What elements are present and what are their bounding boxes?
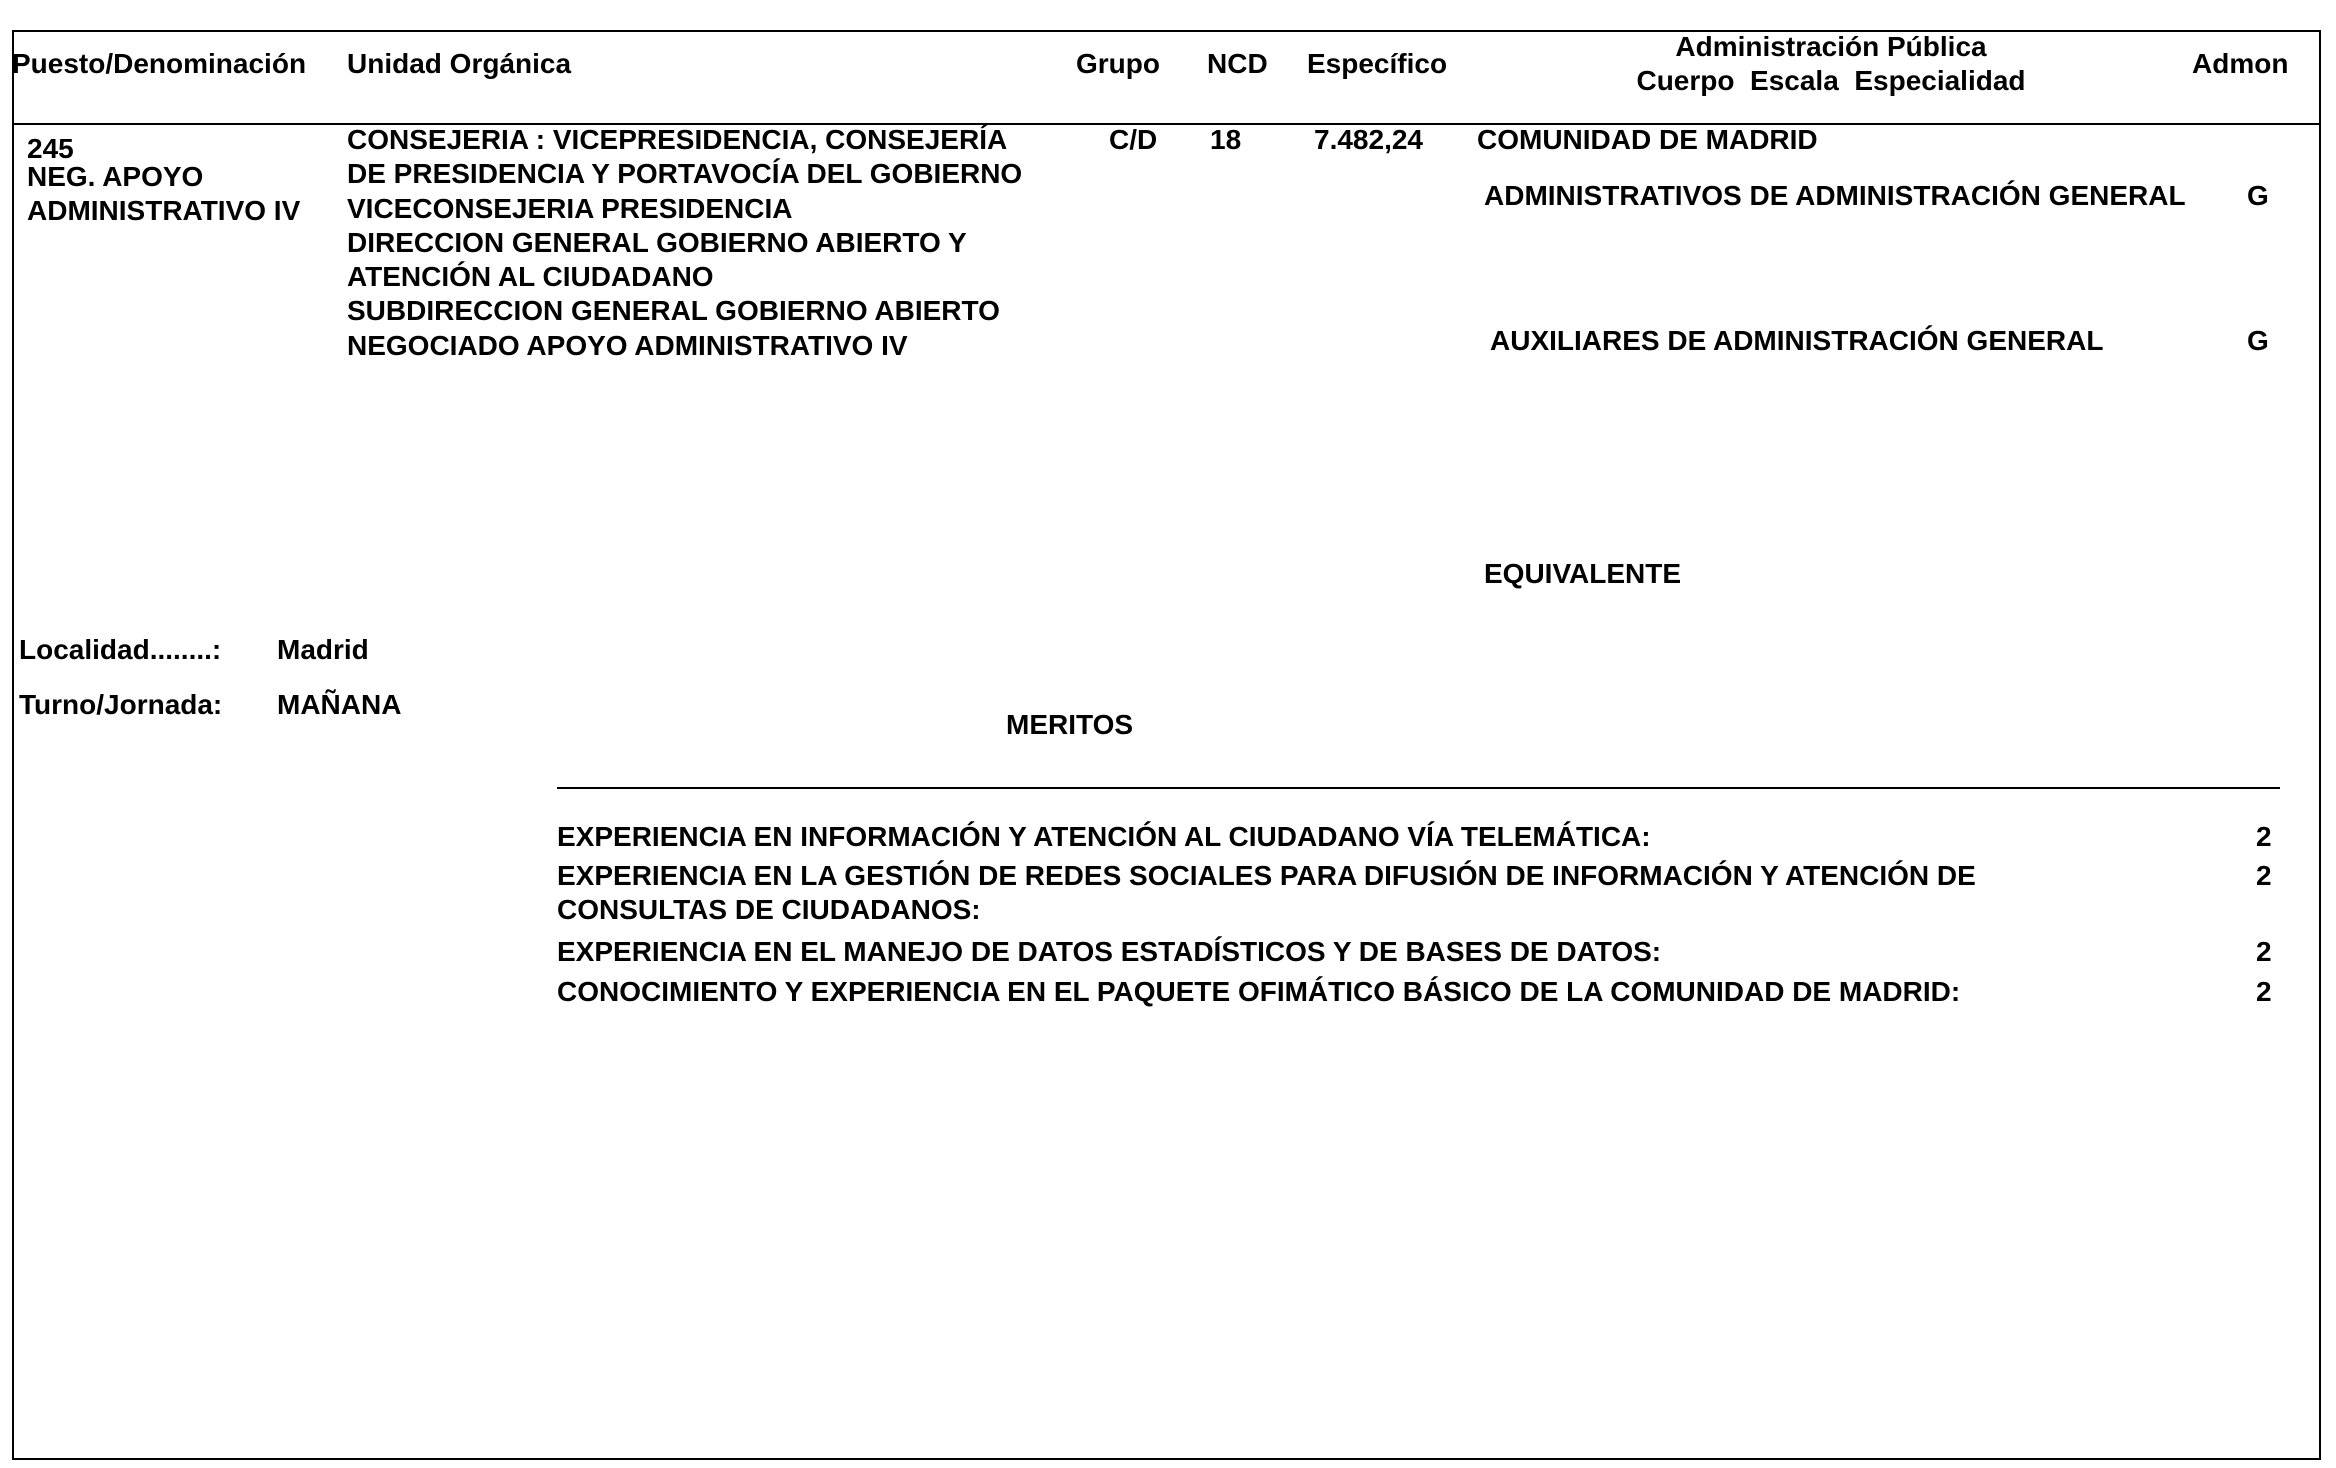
unidad-line: VICECONSEJERIA PRESIDENCIA [347, 192, 1022, 226]
puesto-denominacion-2: ADMINISTRATIVO IV [27, 194, 300, 228]
header-puesto: Puesto/Denominación [12, 47, 306, 81]
unidad-line: DE PRESIDENCIA Y PORTAVOCÍA DEL GOBIERNO [347, 157, 1022, 191]
merito-1-points: 2 [2256, 820, 2272, 854]
unidad-organica: CONSEJERIA : VICEPRESIDENCIA, CONSEJERÍA… [347, 123, 1022, 363]
meritos-divider [557, 787, 2280, 789]
merito-3-points: 2 [2256, 935, 2272, 969]
especifico-value: 7.482,24 [1314, 123, 1423, 157]
merito-1: EXPERIENCIA EN INFORMACIÓN Y ATENCIÓN AL… [557, 820, 1651, 854]
cuerpo-2-name: AUXILIARES DE ADMINISTRACIÓN GENERAL [1490, 324, 2103, 358]
cuerpo-2-admon: G [2247, 324, 2269, 358]
header-admin-publica: Administración Pública [1675, 30, 1986, 64]
equivalente-label: EQUIVALENTE [1484, 557, 1681, 591]
grupo-value: C/D [1109, 123, 1157, 157]
puesto-denominacion-1: NEG. APOYO [27, 160, 203, 194]
merito-3: EXPERIENCIA EN EL MANEJO DE DATOS ESTADÍ… [557, 935, 1661, 969]
merito-2-points: 2 [2256, 859, 2272, 893]
unidad-line: DIRECCION GENERAL GOBIERNO ABIERTO Y [347, 226, 1022, 260]
administracion-value: COMUNIDAD DE MADRID [1477, 123, 1818, 157]
unidad-line: SUBDIRECCION GENERAL GOBIERNO ABIERTO [347, 294, 1022, 328]
unidad-line: CONSEJERIA : VICEPRESIDENCIA, CONSEJERÍA [347, 123, 1022, 157]
header-grupo: Grupo [1076, 47, 1160, 81]
header-cuerpo-escala: Cuerpo Escala Especialidad [1636, 64, 2025, 98]
localidad-label: Localidad........: [19, 633, 221, 667]
merito-2-line-2: CONSULTAS DE CIUDADANOS: [557, 893, 981, 927]
header-especifico: Específico [1307, 47, 1447, 81]
turno-label: Turno/Jornada: [19, 688, 222, 722]
localidad-value: Madrid [277, 633, 369, 667]
unidad-line: NEGOCIADO APOYO ADMINISTRATIVO IV [347, 329, 1022, 363]
header-unidad: Unidad Orgánica [347, 47, 571, 81]
cuerpo-1-admon: G [2247, 179, 2269, 213]
merito-4-points: 2 [2256, 975, 2272, 1009]
turno-value: MAÑANA [277, 688, 401, 722]
header-ncd: NCD [1207, 47, 1268, 81]
merito-2-line-1: EXPERIENCIA EN LA GESTIÓN DE REDES SOCIA… [557, 859, 1976, 893]
unidad-line: ATENCIÓN AL CIUDADANO [347, 260, 1022, 294]
ncd-value: 18 [1210, 123, 1241, 157]
header-admon: Admon [2192, 47, 2288, 81]
merito-4: CONOCIMIENTO Y EXPERIENCIA EN EL PAQUETE… [557, 975, 1960, 1009]
meritos-title: MERITOS [1006, 708, 1133, 742]
cuerpo-1-name: ADMINISTRATIVOS DE ADMINISTRACIÓN GENERA… [1484, 179, 2186, 213]
